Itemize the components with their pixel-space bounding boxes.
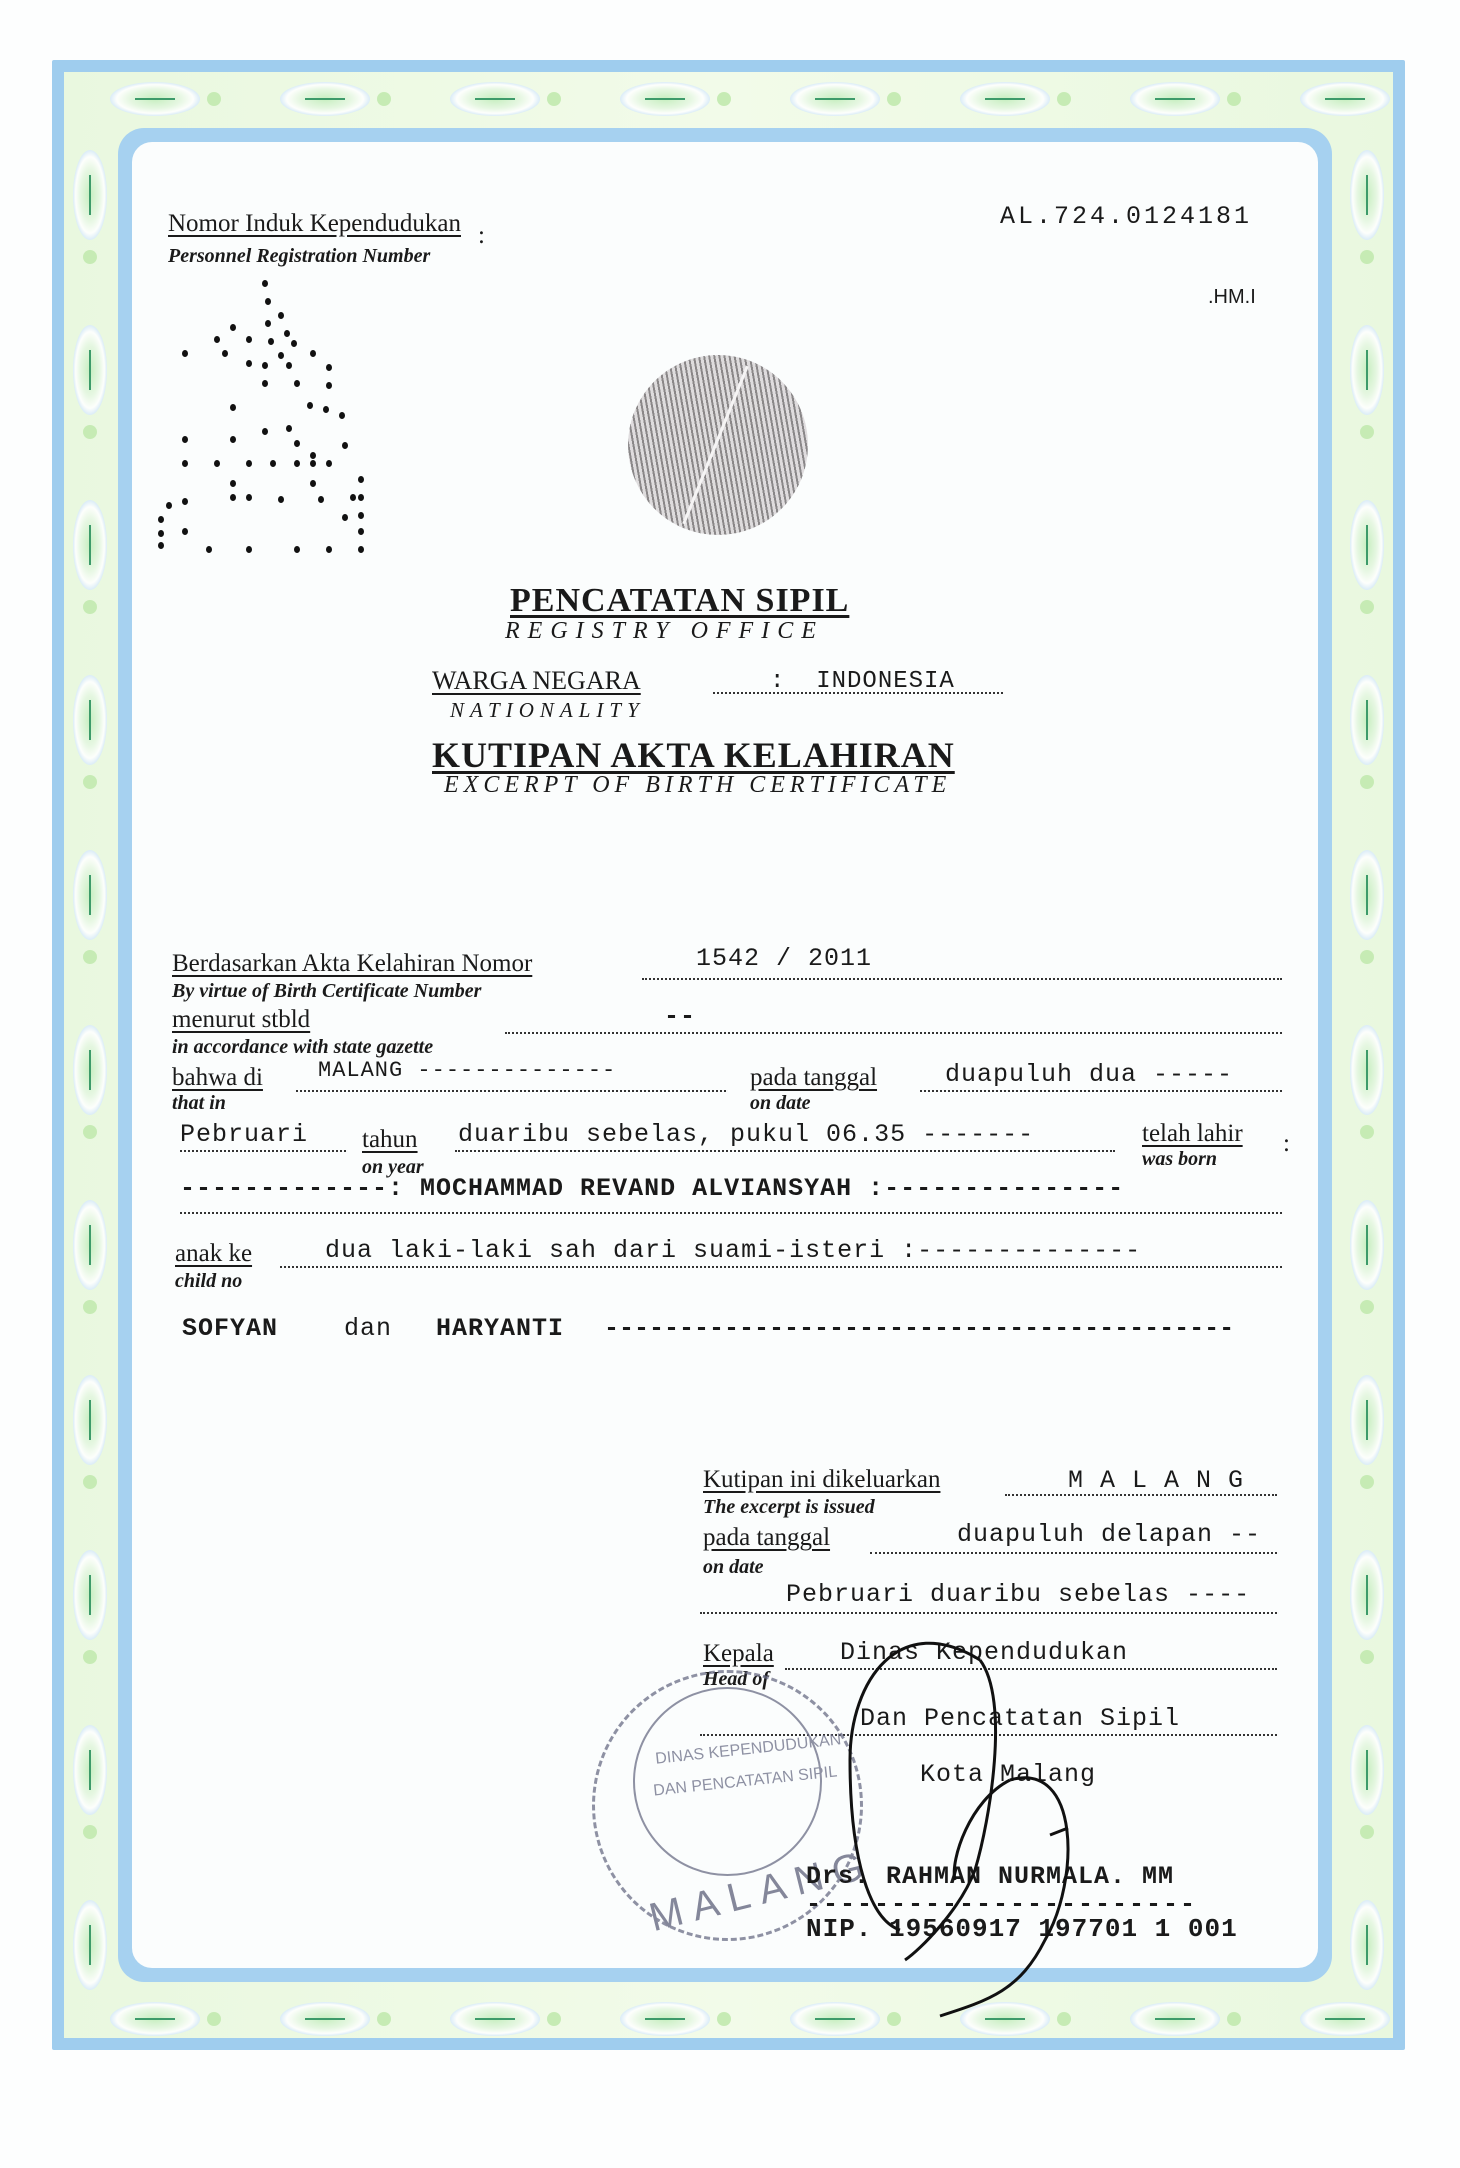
stbld-label: menurut stbld: [172, 1006, 310, 1034]
border-motif: [83, 775, 97, 789]
border-motif: [1360, 1300, 1374, 1314]
nik-colon: :: [478, 222, 485, 250]
birth-date-value: duapuluh dua -----: [945, 1060, 1233, 1089]
head-value-2: Dan Pencatatan Sipil: [860, 1704, 1180, 1733]
border-motif: [83, 950, 97, 964]
parents-dashes: ----------------------------------------…: [604, 1314, 1234, 1343]
birth-date-label-en: on date: [750, 1092, 811, 1115]
head-value-1: Dinas Kependudukan: [840, 1638, 1128, 1667]
border-motif: [620, 2002, 710, 2036]
border-motif: [887, 2012, 901, 2026]
document-title: KUTIPAN AKTA KELAHIRAN: [432, 734, 955, 776]
border-motif: [960, 2002, 1050, 2036]
stbld-value: --: [664, 1002, 696, 1031]
issued-date-label-en: on date: [703, 1556, 764, 1579]
birth-place-value: MALANG --------------: [318, 1058, 616, 1083]
cert-number-label: Berdasarkan Akta Kelahiran Nomor: [172, 950, 532, 978]
child-no-label-en: child no: [175, 1270, 242, 1293]
border-motif: [207, 92, 221, 106]
border-motif: [1350, 1725, 1384, 1815]
border-motif: [73, 1200, 107, 1290]
border-motif: [1360, 600, 1374, 614]
border-motif: [83, 1300, 97, 1314]
birth-place-label-en: that in: [172, 1092, 226, 1115]
embossed-seal: [628, 355, 808, 535]
border-motif: [1360, 1125, 1374, 1139]
border-motif: [1360, 1650, 1374, 1664]
and-word: dan: [344, 1314, 392, 1343]
border-motif: [1350, 1375, 1384, 1465]
nationality-label: WARGA NEGARA: [432, 666, 641, 696]
border-motif: [73, 850, 107, 940]
border-motif: [1350, 1200, 1384, 1290]
official-name: Drs. RAHMAN NURMALA. MM: [806, 1862, 1174, 1891]
born-label: telah lahir: [1142, 1120, 1243, 1148]
border-motif: [1227, 92, 1241, 106]
border-motif: [1360, 1475, 1374, 1489]
mother-name: HARYANTI: [436, 1314, 564, 1343]
perforated-nik-number: [150, 280, 410, 560]
border-motif: [790, 2002, 880, 2036]
office-title-en: REGISTRY OFFICE: [505, 618, 824, 645]
father-name: SOFYAN: [182, 1314, 278, 1343]
birth-date-label: pada tanggal: [750, 1064, 877, 1092]
border-motif: [1350, 325, 1384, 415]
border-motif: [1350, 150, 1384, 240]
border-motif: [1360, 425, 1374, 439]
border-motif: [73, 150, 107, 240]
serial-number: AL.724.0124181: [1000, 202, 1252, 231]
cert-number-value: 1542 / 2011: [696, 944, 872, 973]
border-motif: [1300, 82, 1390, 116]
border-motif: [887, 92, 901, 106]
border-motif: [1350, 500, 1384, 590]
office-title: PENCATATAN SIPIL: [510, 582, 849, 620]
head-label: Kepala: [703, 1640, 774, 1668]
border-motif: [73, 1900, 107, 1990]
birth-year-value: duaribu sebelas, pukul 06.35 -------: [458, 1120, 1034, 1149]
border-motif: [110, 2002, 200, 2036]
border-motif: [110, 82, 200, 116]
border-motif: [1350, 675, 1384, 765]
official-nip: NIP. 19560917 197701 1 001: [806, 1914, 1238, 1944]
border-motif: [73, 1725, 107, 1815]
border-motif: [717, 92, 731, 106]
child-no-label: anak ke: [175, 1240, 252, 1268]
nik-label: Nomor Induk Kependudukan: [168, 210, 461, 238]
issued-date-2: Pebruari duaribu sebelas ----: [786, 1580, 1250, 1609]
border-motif: [790, 82, 880, 116]
cert-number-label-en: By virtue of Birth Certificate Number: [172, 980, 481, 1003]
border-motif: [1360, 775, 1374, 789]
border-motif: [1130, 82, 1220, 116]
nik-label-en: Personnel Registration Number: [168, 245, 430, 268]
border-motif: [1057, 2012, 1071, 2026]
border-motif: [547, 2012, 561, 2026]
border-motif: [73, 325, 107, 415]
border-motif: [83, 1125, 97, 1139]
child-name-line: -------------: MOCHAMMAD REVAND ALVIANSY…: [180, 1174, 1124, 1203]
border-motif: [73, 500, 107, 590]
border-motif: [620, 82, 710, 116]
border-motif: [547, 92, 561, 106]
border-motif: [73, 675, 107, 765]
issued-place: M A L A N G: [1068, 1466, 1244, 1495]
border-motif: [73, 1375, 107, 1465]
stbld-label-en: in accordance with state gazette: [172, 1036, 433, 1059]
border-motif: [1057, 92, 1071, 106]
border-motif: [717, 2012, 731, 2026]
issued-date-label: pada tanggal: [703, 1524, 830, 1552]
border-motif: [377, 92, 391, 106]
border-motif: [73, 1550, 107, 1640]
border-motif: [1360, 250, 1374, 264]
border-motif: [280, 2002, 370, 2036]
head-value-3: Kota Malang: [920, 1760, 1096, 1789]
border-motif: [960, 82, 1050, 116]
border-motif: [83, 1825, 97, 1839]
border-motif: [83, 1475, 97, 1489]
document-title-en: EXCERPT OF BIRTH CERTIFICATE: [444, 772, 951, 799]
border-motif: [280, 82, 370, 116]
issued-label: Kutipan ini dikeluarkan: [703, 1466, 940, 1494]
border-motif: [450, 82, 540, 116]
border-motif: [83, 1650, 97, 1664]
border-motif: [1360, 950, 1374, 964]
border-motif: [1300, 2002, 1390, 2036]
border-motif: [1350, 1025, 1384, 1115]
document-code: .HM.I: [1208, 286, 1256, 309]
border-motif: [1350, 1550, 1384, 1640]
border-motif: [377, 2012, 391, 2026]
border-motif: [1130, 2002, 1220, 2036]
border-motif: [1350, 1900, 1384, 1990]
border-motif: [83, 600, 97, 614]
border-motif: [1350, 850, 1384, 940]
born-label-en: was born: [1142, 1148, 1217, 1171]
nationality-label-en: NATIONALITY: [450, 698, 645, 723]
birth-month-value: Pebruari: [180, 1120, 308, 1149]
border-motif: [1360, 1825, 1374, 1839]
border-motif: [73, 1025, 107, 1115]
issued-date-1: duapuluh delapan --: [957, 1520, 1261, 1549]
birth-place-label: bahwa di: [172, 1064, 263, 1092]
nationality-value: : INDONESIA: [770, 668, 955, 695]
border-motif: [83, 250, 97, 264]
child-no-value: dua laki-laki sah dari suami-isteri :---…: [325, 1236, 1141, 1265]
border-motif: [450, 2002, 540, 2036]
border-motif: [83, 425, 97, 439]
born-colon: :: [1283, 1130, 1290, 1158]
issued-label-en: The excerpt is issued: [703, 1496, 875, 1519]
border-motif: [1227, 2012, 1241, 2026]
border-motif: [207, 2012, 221, 2026]
birth-year-label: tahun: [362, 1126, 418, 1154]
